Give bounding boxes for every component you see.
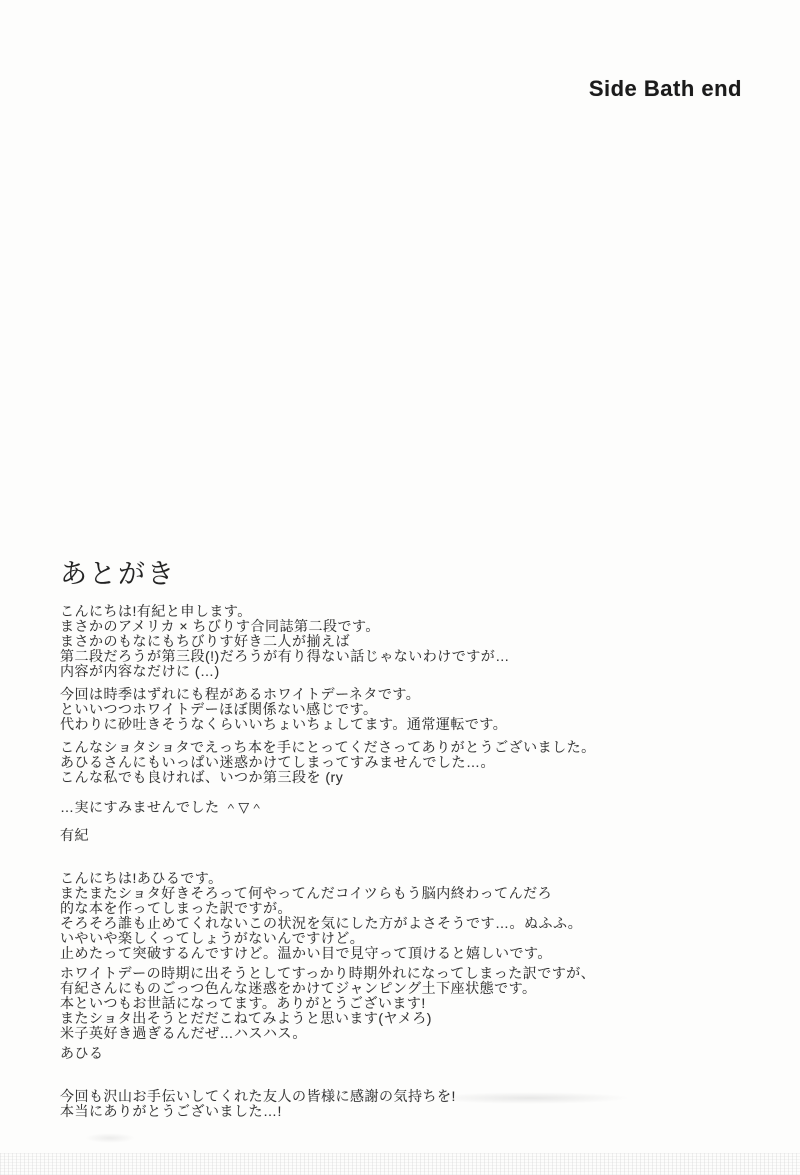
yuki-paragraph-thanks: こんなショタショタでえっち本を手にとってくださってありがとうございました。あひる… (60, 740, 720, 785)
scanned-page: Side Bath end あとがき こんにちは!有紀と申します。まさかのアメリ… (0, 0, 800, 1175)
scan-smudge (430, 1092, 630, 1104)
scan-noise-band (0, 1153, 800, 1175)
ahiru-signature: あひる (60, 1046, 720, 1061)
yuki-signature: 有紀 (60, 828, 720, 843)
yuki-paragraph-whiteday: 今回は時季はずれにも程があるホワイトデーネタです。といいつつホワイトデーほぼ関係… (60, 687, 720, 732)
yuki-paragraph-emoticon: …実にすみませんでした ＾▽＾ (60, 800, 720, 815)
ahiru-paragraph-intro: こんにちは!あひるです。またまたショタ好きそろって何やってんだコイツらもう脳内終… (60, 871, 720, 961)
afterword-section: あとがき こんにちは!有紀と申します。まさかのアメリカ × ちびりす合同誌第二段… (60, 552, 720, 1119)
page-title: Side Bath end (589, 76, 742, 102)
afterword-heading: あとがき (60, 552, 720, 591)
scan-smudge (85, 1133, 135, 1143)
yuki-paragraph-intro: こんにちは!有紀と申します。まさかのアメリカ × ちびりす合同誌第二段です。まさ… (60, 604, 720, 679)
ahiru-paragraph-thanks: ホワイトデーの時期に出そうとしてすっかり時期外れになってしまった訳ですが、有紀さ… (60, 966, 720, 1041)
